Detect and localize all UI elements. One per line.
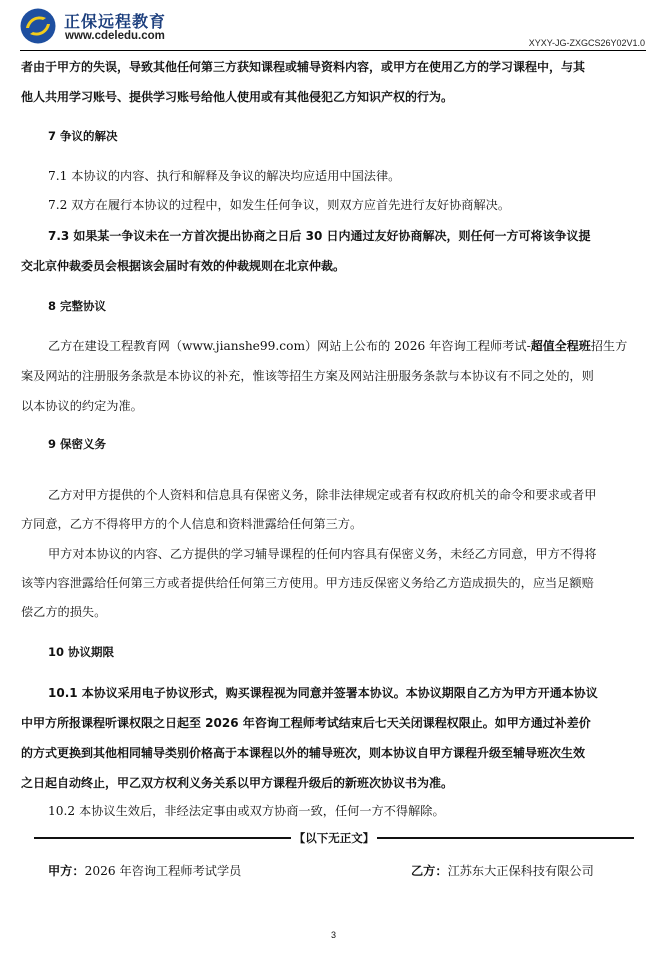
section-9-line-5: 偿乙方的损失。 xyxy=(21,603,647,620)
company-logo-icon xyxy=(20,8,56,44)
clause-10-1-line-2: 中甲方所报课程听课权限之日起至 2026 年咨询工程师考试结束后七天关闭课程权限… xyxy=(21,714,647,731)
page-header: 正保远程教育 www.cdeledu.com XYXY-JG-ZXGCS26Y0… xyxy=(0,0,667,52)
section-9-heading: 9 保密义务 xyxy=(48,436,667,452)
clause-10-1-line-1: 10.1 本协议采用电子协议形式，购买课程视为同意并签署本协议。本协议期限自乙方… xyxy=(48,684,667,701)
party-b-value: 江苏东大正保科技有限公司 xyxy=(448,864,594,878)
header-divider xyxy=(20,50,646,51)
section-9-line-2: 方同意，乙方不得将甲方的个人信息和资料泄露给任何第三方。 xyxy=(21,515,647,532)
section-8-line-1-post: 招生方 xyxy=(591,339,628,353)
clause-10-1-line-4: 之日起自动终止，甲乙双方权利义务关系以甲方课程升级后的新班次协议书为准。 xyxy=(21,774,647,791)
party-a-label: 甲方： xyxy=(48,864,85,878)
end-marker: 【以下无正文】 xyxy=(291,830,378,846)
brand-url: www.cdeledu.com xyxy=(65,30,165,42)
separator-dash-right xyxy=(377,837,634,839)
carryover-line-2: 他人共用学习账号、提供学习账号给他人使用或有其他侵犯乙方知识产权的行为。 xyxy=(21,88,647,105)
section-10-heading: 10 协议期限 xyxy=(48,644,667,660)
section-9-line-1: 乙方对甲方提供的个人资料和信息具有保密义务，除非法律规定或者有权政府机关的命令和… xyxy=(48,486,667,503)
course-name-bold: 超值全程班 xyxy=(531,339,591,353)
section-9-line-4: 该等内容泄露给任何第三方或者提供给任何第三方使用。甲方违反保密义务给乙方造成损失… xyxy=(21,574,647,591)
clause-7-3-line-1: 7.3 如果某一争议未在一方首次提出协商之日后 30 日内通过友好协商解决，则任… xyxy=(48,227,667,244)
section-8-heading: 8 完整协议 xyxy=(48,298,667,314)
clause-10-1-line-3: 的方式更换到其他相同辅导类别价格高于本课程以外的辅导班次，则本协议自甲方课程升级… xyxy=(21,744,647,761)
section-8-line-1-pre: 乙方在建设工程教育网（www.jianshe99.com）网站上公布的 2026… xyxy=(48,339,531,353)
document-code: XYXY-JG-ZXGCS26Y02V1.0 xyxy=(529,38,645,48)
end-of-text-separator: 【以下无正文】 xyxy=(34,830,634,846)
party-b-signature: 乙方：江苏东大正保科技有限公司 xyxy=(411,862,594,879)
party-a-signature: 甲方：2026 年咨询工程师考试学员 xyxy=(48,862,241,879)
carryover-line-1: 者由于甲方的失误，导致其他任何第三方获知课程或辅导资料内容，或甲方在使用乙方的学… xyxy=(21,58,647,75)
clause-7-1: 7.1 本协议的内容、执行和解释及争议的解决均应适用中国法律。 xyxy=(48,167,667,184)
clause-10-2: 10.2 本协议生效后，非经法定事由或双方协商一致，任何一方不得解除。 xyxy=(48,802,667,819)
separator-dash-left xyxy=(34,837,291,839)
party-a-value: 2026 年咨询工程师考试学员 xyxy=(85,864,242,878)
section-8-line-3: 以本协议的约定为准。 xyxy=(21,397,647,414)
party-b-label: 乙方： xyxy=(411,864,448,878)
section-8-line-1: 乙方在建设工程教育网（www.jianshe99.com）网站上公布的 2026… xyxy=(48,337,667,354)
section-9-line-3: 甲方对本协议的内容、乙方提供的学习辅导课程的任何内容具有保密义务，未经乙方同意，… xyxy=(48,545,667,562)
clause-7-3-line-2: 交北京仲裁委员会根据该会届时有效的仲裁规则在北京仲裁。 xyxy=(21,257,647,274)
section-7-heading: 7 争议的解决 xyxy=(48,128,667,144)
brand-name: 正保远程教育 xyxy=(64,9,166,32)
section-8-line-2: 案及网站的注册服务条款是本协议的补充，惟该等招生方案及网站注册服务条款与本协议有… xyxy=(21,367,647,384)
page-number: 3 xyxy=(0,930,667,940)
clause-7-2: 7.2 双方在履行本协议的过程中，如发生任何争议，则双方应首先进行友好协商解决。 xyxy=(48,196,667,213)
